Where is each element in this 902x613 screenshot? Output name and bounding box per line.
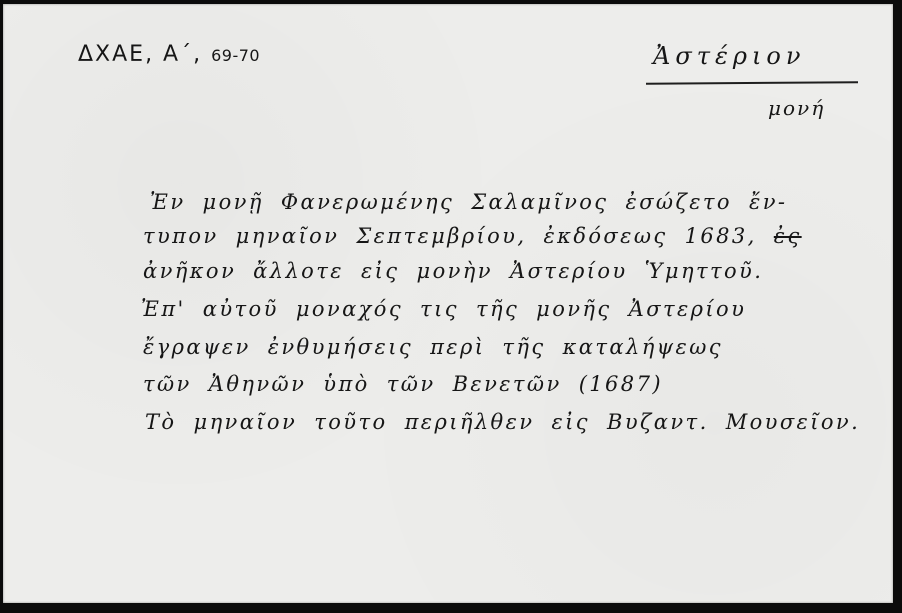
heading-underline (646, 81, 858, 84)
card-heading: Ἀστέριον (653, 44, 805, 68)
body-line-text: Ἐν μονῇ Φανερωμένης Σαλαμῖνος ἐσώζετο ἔν… (150, 190, 787, 214)
body-line-1: Ἐν μονῇ Φανερωμένης Σαλαμῖνος ἐσώζετο ἔν… (150, 192, 787, 213)
body-line-text: τυπον μηναῖον Σεπτεμβρίου, ἐκδόσεως 1683… (143, 224, 774, 248)
source-pages: 69-70 (211, 46, 260, 65)
body-line-2: τυπον μηναῖον Σεπτεμβρίου, ἐκδόσεως 1683… (143, 226, 802, 247)
body-line-6: τῶν Ἀθηνῶν ὑπὸ τῶν Βενετῶν (1687) (143, 374, 663, 395)
body-line-4: Ἐπ' αὐτοῦ μοναχός τις τῆς μονῆς Ἀστερίου (141, 299, 746, 320)
body-line-text: Τὸ μηναῖον τοῦτο περιῆλθεν εἰς Βυζαντ. Μ… (145, 410, 860, 434)
struck-out-word: ἐς (774, 224, 802, 248)
body-line-7: Τὸ μηναῖον τοῦτο περιῆλθεν εἰς Βυζαντ. Μ… (145, 412, 860, 433)
body-line-text: ἔγραψεν ἐνθυμήσεις περὶ τῆς καταλήψεως (143, 335, 723, 359)
body-line-text: ἀνῆκον ἄλλοτε εἰς μονὴν Ἀστερίου Ὑμηττοῦ… (143, 259, 763, 283)
card-subheading: μονή (768, 98, 825, 118)
body-line-3: ἀνῆκον ἄλλοτε εἰς μονὴν Ἀστερίου Ὑμηττοῦ… (143, 261, 763, 282)
source-abbreviation: ΔΧΑΕ, Α΄, (78, 42, 202, 67)
body-line-text: Ἐπ' αὐτοῦ μοναχός τις τῆς μονῆς Ἀστερίου (141, 297, 746, 321)
body-line-5: ἔγραψεν ἐνθυμήσεις περὶ τῆς καταλήψεως (143, 337, 723, 358)
index-card: ΔΧΑΕ, Α΄, 69-70 Ἀστέριον μονή Ἐν μονῇ Φα… (3, 4, 893, 603)
source-reference: ΔΧΑΕ, Α΄, 69-70 (78, 44, 260, 66)
body-line-text: τῶν Ἀθηνῶν ὑπὸ τῶν Βενετῶν (1687) (143, 372, 663, 396)
